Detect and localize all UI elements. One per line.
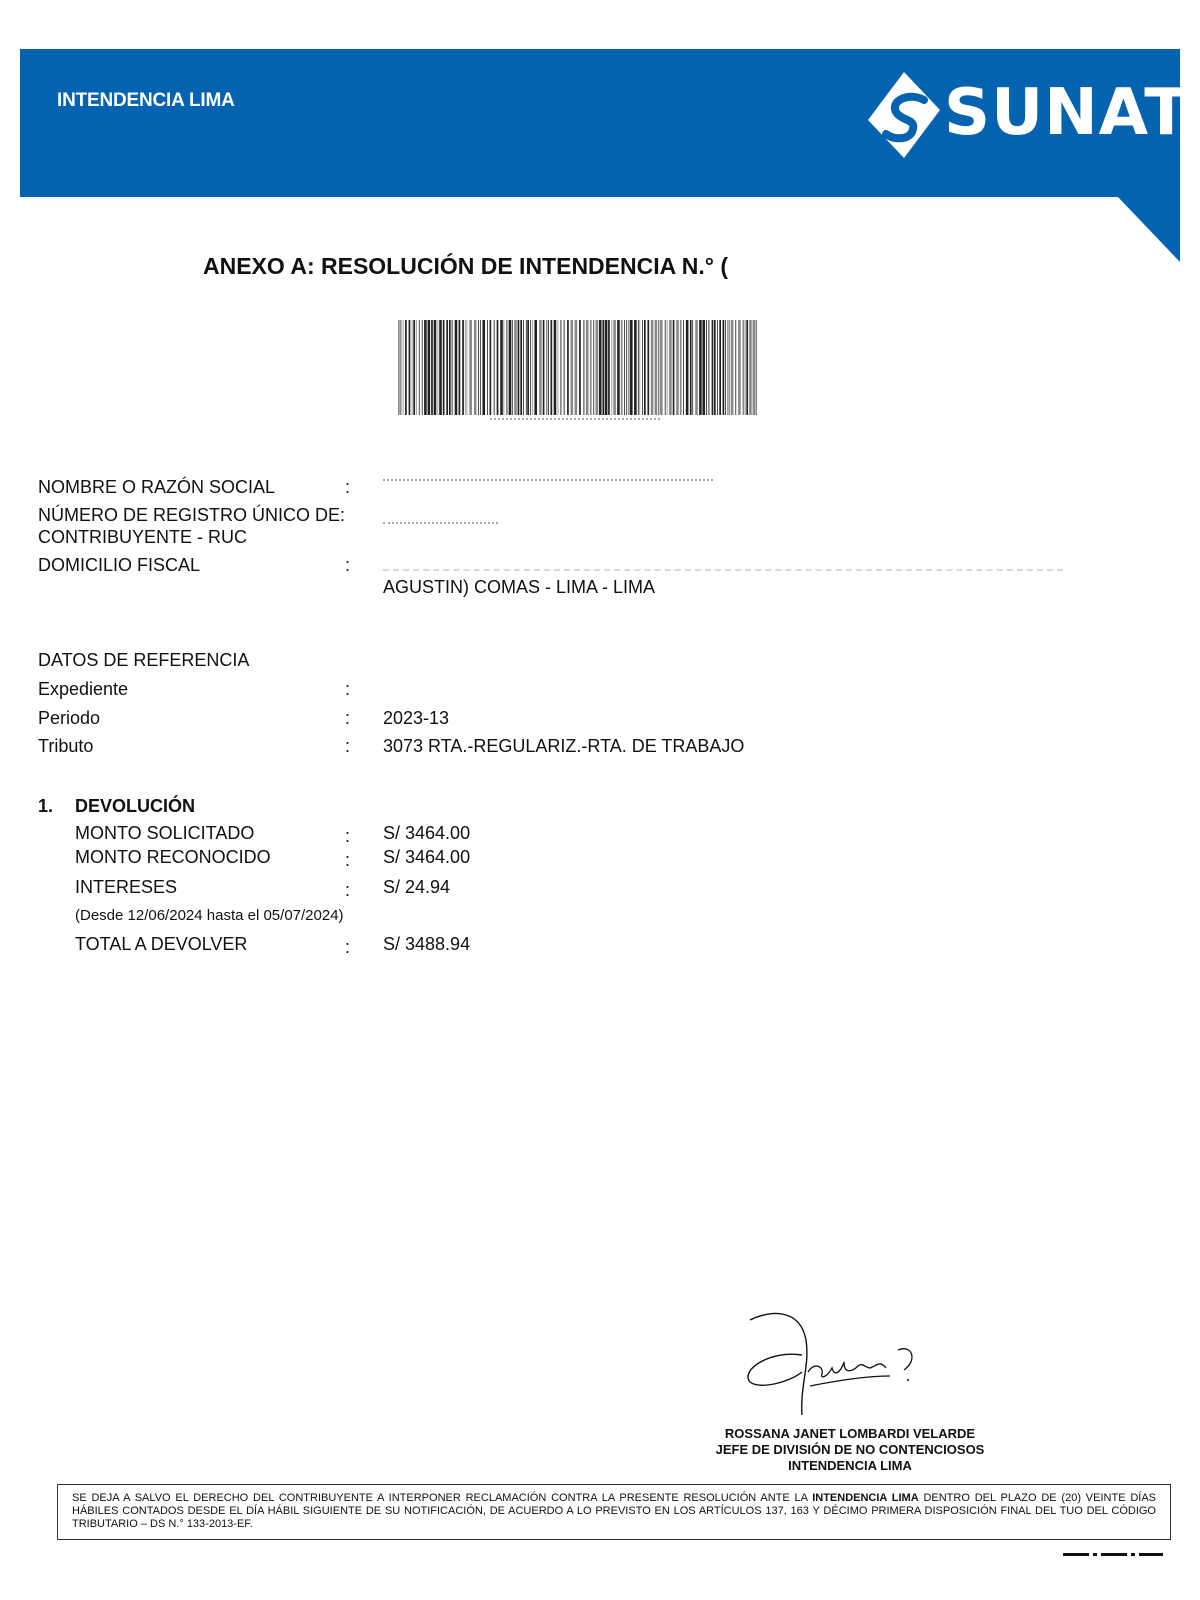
legal-notice-bold: INTENDENCIA LIMA: [812, 1492, 918, 1504]
legal-notice-text: SE DEJA A SALVO EL DERECHO DEL CONTRIBUY…: [72, 1492, 812, 1504]
colon: :: [345, 850, 350, 871]
taxpayer-name-label: NOMBRE O RAZÓN SOCIAL: [38, 477, 275, 498]
header-banner-notch: [1117, 196, 1180, 262]
intereses-periodo: (Desde 12/06/2024 hasta el 05/07/2024): [75, 907, 344, 924]
intereses-periodo-row: (Desde 12/06/2024 hasta el 05/07/2024): [0, 907, 1200, 927]
intereses-label: INTERESES: [75, 877, 177, 898]
monto-reconocido-label: MONTO RECONOCIDO: [75, 847, 271, 868]
intereses-row: INTERESES : S/ 24.94: [0, 877, 1200, 901]
document-title: ANEXO A: RESOLUCIÓN DE INTENDENCIA N.° (: [203, 253, 728, 280]
monto-reconocido-row: MONTO RECONOCIDO : S/ 3464.00: [0, 847, 1200, 871]
taxpayer-name-redacted: [383, 479, 713, 481]
colon: :: [345, 880, 350, 901]
page-mark: [1063, 1553, 1163, 1556]
colon: :: [345, 555, 350, 576]
signer-office: INTENDENCIA LIMA: [650, 1458, 1050, 1474]
logo-text: SUNAT: [944, 76, 1189, 150]
devolucion-heading-row: 1. DEVOLUCIÓN: [0, 796, 1200, 820]
ruc-row-cont: CONTRIBUYENTE - RUC: [0, 527, 1200, 551]
colon: :: [345, 826, 350, 847]
reference-row-periodo: Periodo : 2023-13: [0, 708, 1200, 732]
periodo-value: 2023-13: [383, 708, 449, 729]
tributo-value: 3073 RTA.-REGULARIZ.-RTA. DE TRABAJO: [383, 736, 744, 757]
total-row: TOTAL A DEVOLVER : S/ 3488.94: [0, 934, 1200, 958]
devolucion-heading: DEVOLUCIÓN: [75, 796, 195, 817]
ruc-row: NÚMERO DE REGISTRO ÚNICO DE:: [0, 505, 1200, 529]
monto-solicitado-label: MONTO SOLICITADO: [75, 823, 254, 844]
total-value: S/ 3488.94: [383, 934, 470, 955]
colon: :: [345, 736, 350, 757]
office-name: INTENDENCIA LIMA: [57, 90, 235, 112]
taxpayer-name-row: NOMBRE O RAZÓN SOCIAL :: [0, 477, 1200, 501]
barcode-icon: [398, 320, 758, 415]
colon: :: [345, 477, 350, 498]
colon: :: [345, 708, 350, 729]
reference-row-expediente: Expediente :: [0, 679, 1200, 703]
monto-reconocido-value: S/ 3464.00: [383, 847, 470, 868]
monto-solicitado-row: MONTO SOLICITADO : S/ 3464.00: [0, 823, 1200, 847]
ruc-label: NÚMERO DE REGISTRO ÚNICO DE:: [38, 505, 345, 526]
domicilio-row-cont: AGUSTIN) COMAS - LIMA - LIMA: [0, 577, 1200, 601]
signer-position: JEFE DE DIVISIÓN DE NO CONTENCIOSOS: [650, 1442, 1050, 1458]
barcode-number-redacted: [490, 416, 690, 422]
ruc-label-cont: CONTRIBUYENTE - RUC: [38, 527, 247, 548]
colon: :: [345, 937, 350, 958]
ruc-redacted: [383, 522, 498, 524]
domicilio-row: DOMICILIO FISCAL :: [0, 555, 1200, 579]
section-number: 1.: [38, 796, 53, 817]
domicilio-label: DOMICILIO FISCAL: [38, 555, 200, 576]
colon: :: [345, 679, 350, 700]
domicilio-redacted: [383, 569, 1063, 571]
legal-notice-box: SE DEJA A SALVO EL DERECHO DEL CONTRIBUY…: [57, 1484, 1171, 1540]
domicilio-value: AGUSTIN) COMAS - LIMA - LIMA: [383, 577, 655, 598]
intereses-value: S/ 24.94: [383, 877, 450, 898]
reference-heading: DATOS DE REFERENCIA: [38, 650, 249, 671]
signature-icon: [740, 1310, 940, 1415]
expediente-label: Expediente: [38, 679, 128, 700]
tributo-label: Tributo: [38, 736, 93, 757]
reference-row-tributo: Tributo : 3073 RTA.-REGULARIZ.-RTA. DE T…: [0, 736, 1200, 760]
signer-name: ROSSANA JANET LOMBARDI VELARDE: [650, 1426, 1050, 1442]
monto-solicitado-value: S/ 3464.00: [383, 823, 470, 844]
sunat-diamond-icon: [866, 70, 942, 160]
total-label: TOTAL A DEVOLVER: [75, 934, 247, 955]
periodo-label: Periodo: [38, 708, 100, 729]
sunat-logo: SUNAT: [866, 70, 1166, 160]
